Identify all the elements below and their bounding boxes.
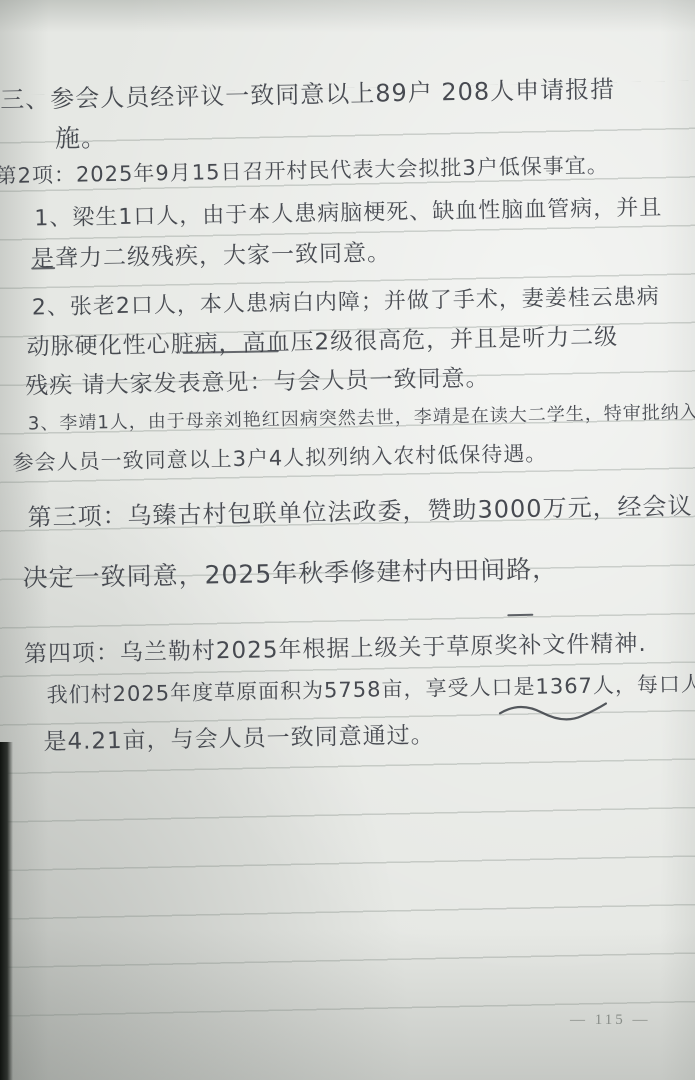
handwritten-line: 第2项：2025年9月15日召开村民代表大会拟批3户低保事宜。 — [0, 149, 609, 190]
handwritten-line: 施。 — [55, 118, 108, 155]
handwritten-content: 三、参会人员经评议一致同意以上89户 208人申请报措 施。 第2项：2025年… — [0, 0, 695, 1080]
notebook-page-photo: 三、参会人员经评议一致同意以上89户 208人申请报措 施。 第2项：2025年… — [0, 0, 695, 1080]
handwritten-line: 2、张老2口人，本人患病白内障；并做了手术，妻姜桂云患病 — [32, 280, 660, 322]
handwritten-line: 残疾 请大家发表意见：与会人员一致同意。 — [25, 359, 490, 400]
handwritten-line: 参会人员一致同意以上3户4人拟列纳入农村低保待遇。 — [12, 438, 547, 477]
handwritten-line: 3、李靖1人，由于母亲刘艳红因病突然去世，李靖是在读大二学生，特审批纳入低保。 — [28, 397, 695, 436]
handwritten-line: 三、参会人员经评议一致同意以上89户 208人申请报措 — [0, 69, 615, 115]
dash-mark — [507, 614, 533, 616]
page-number: — 115 — — [570, 1012, 650, 1029]
handwritten-line: 是4.21亩，与会人员一致同意通过。 — [43, 717, 435, 757]
handwritten-line: 第三项：乌臻古村包联单位法政委，赞助3000万元，经会议 — [27, 486, 693, 533]
handwritten-line: 决定一致同意，2025年秋季修建村内田间路， — [22, 549, 558, 594]
handwritten-line: 1、梁生1口人，由于本人患病脑梗死、缺血性脑血管病，并且 — [34, 190, 662, 232]
handwritten-line: 是聋力二级残疾，大家一致同意。 — [31, 234, 392, 273]
handwritten-line: 动脉硬化性心脏病，高血压2级很高危，并且是听力二级 — [26, 318, 618, 361]
squiggle-mark — [498, 695, 609, 731]
handwritten-line: 第四项：乌兰勒村2025年根据上级关于草原奖补文件精神. — [24, 625, 647, 669]
underline-mark — [31, 267, 55, 269]
